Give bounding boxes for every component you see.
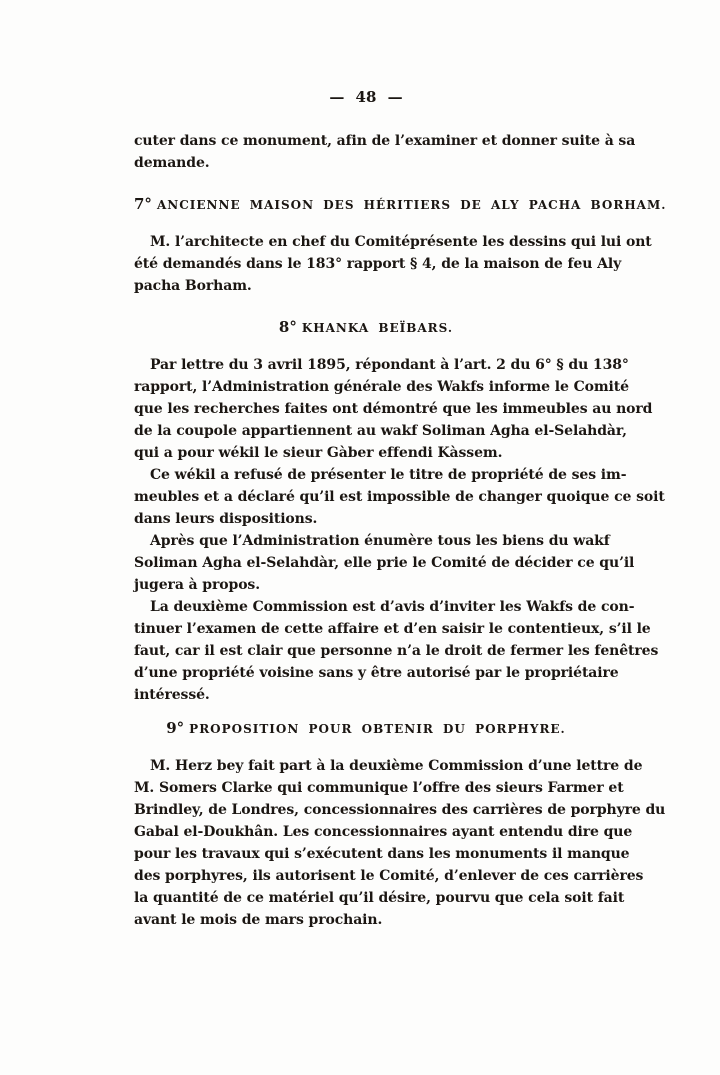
- text-line: la quantité de ce matériel qu’il désire,…: [134, 887, 598, 909]
- body-paragraph: M. l’architecte en chef du Comitéprésent…: [134, 231, 598, 297]
- text-line: tinuer l’examen de cette affaire et d’en…: [134, 618, 598, 640]
- body-paragraph: Par lettre du 3 avril 1895, répondant à …: [134, 354, 598, 464]
- body-paragraph: Après que l’Administration énumère tous …: [134, 530, 598, 596]
- heading-title: PROPOSITION POUR OBTENIR DU PORPHYRE.: [189, 722, 566, 736]
- text-line: Après que l’Administration énumère tous …: [134, 530, 598, 552]
- section-heading: 9°PROPOSITION POUR OBTENIR DU PORPHYRE.: [134, 719, 598, 736]
- text-line: d’une propriété voisine sans y être auto…: [134, 662, 598, 684]
- section-heading: 7°ANCIENNE MAISON DES HÉRITIERS DE ALY P…: [134, 195, 598, 212]
- body-paragraph: M. Herz bey fait part à la deuxième Comm…: [134, 755, 598, 931]
- text-line: rapport, l’Administration générale des W…: [134, 376, 598, 398]
- text-line: M. l’architecte en chef du Comitéprésent…: [134, 231, 598, 253]
- text-line: Ce wékil a refusé de présenter le titre …: [134, 464, 598, 486]
- text-line: des porphyres, ils autorisent le Comité,…: [134, 865, 598, 887]
- text-line: pour les travaux qui s’exécutent dans le…: [134, 843, 598, 865]
- text-line: meubles et a déclaré qu’il est impossibl…: [134, 486, 598, 508]
- heading-number: 7°: [134, 195, 152, 213]
- heading-number: 9°: [166, 719, 184, 737]
- text-line: intéressé.: [134, 684, 598, 706]
- section-heading: 8°KHANKA BEÏBARS.: [134, 318, 598, 335]
- text-line: cuter dans ce monument, afin de l’examin…: [134, 130, 598, 152]
- heading-title: ANCIENNE MAISON DES HÉRITIERS DE ALY PAC…: [157, 198, 667, 212]
- text-line: Par lettre du 3 avril 1895, répondant à …: [134, 354, 598, 376]
- text-line: avant le mois de mars prochain.: [134, 909, 598, 931]
- text-line: jugera à propos.: [134, 574, 598, 596]
- body-paragraph: Ce wékil a refusé de présenter le titre …: [134, 464, 598, 530]
- text-column: — 48 — cuter dans ce monument, afin de l…: [134, 88, 598, 931]
- text-line: pacha Borham.: [134, 275, 598, 297]
- text-line: demande.: [134, 152, 598, 174]
- heading-number: 8°: [279, 318, 297, 336]
- text-line: Soliman Agha el-Selahdàr, elle prie le C…: [134, 552, 598, 574]
- text-line: La deuxième Commission est d’avis d’invi…: [134, 596, 598, 618]
- text-line: M. Somers Clarke qui communique l’offre …: [134, 777, 598, 799]
- text-line: Brindley, de Londres, concessionnaires d…: [134, 799, 598, 821]
- body-paragraph: La deuxième Commission est d’avis d’invi…: [134, 596, 598, 706]
- body-paragraph: cuter dans ce monument, afin de l’examin…: [134, 130, 598, 174]
- heading-title: KHANKA BEÏBARS.: [302, 321, 453, 335]
- text-line: qui a pour wékil le sieur Gàber effendi …: [134, 442, 598, 464]
- text-line: dans leurs dispositions.: [134, 508, 598, 530]
- page-body: cuter dans ce monument, afin de l’examin…: [134, 130, 598, 931]
- text-line: faut, car il est clair que personne n’a …: [134, 640, 598, 662]
- text-line: de la coupole appartiennent au wakf Soli…: [134, 420, 598, 442]
- text-line: que les recherches faites ont démontré q…: [134, 398, 598, 420]
- text-line: été demandés dans le 183° rapport § 4, d…: [134, 253, 598, 275]
- text-line: Gabal el-Doukhân. Les concessionnaires a…: [134, 821, 598, 843]
- page-number: — 48 —: [134, 88, 598, 106]
- scanned-book-page: — 48 — cuter dans ce monument, afin de l…: [0, 0, 720, 1075]
- text-line: M. Herz bey fait part à la deuxième Comm…: [134, 755, 598, 777]
